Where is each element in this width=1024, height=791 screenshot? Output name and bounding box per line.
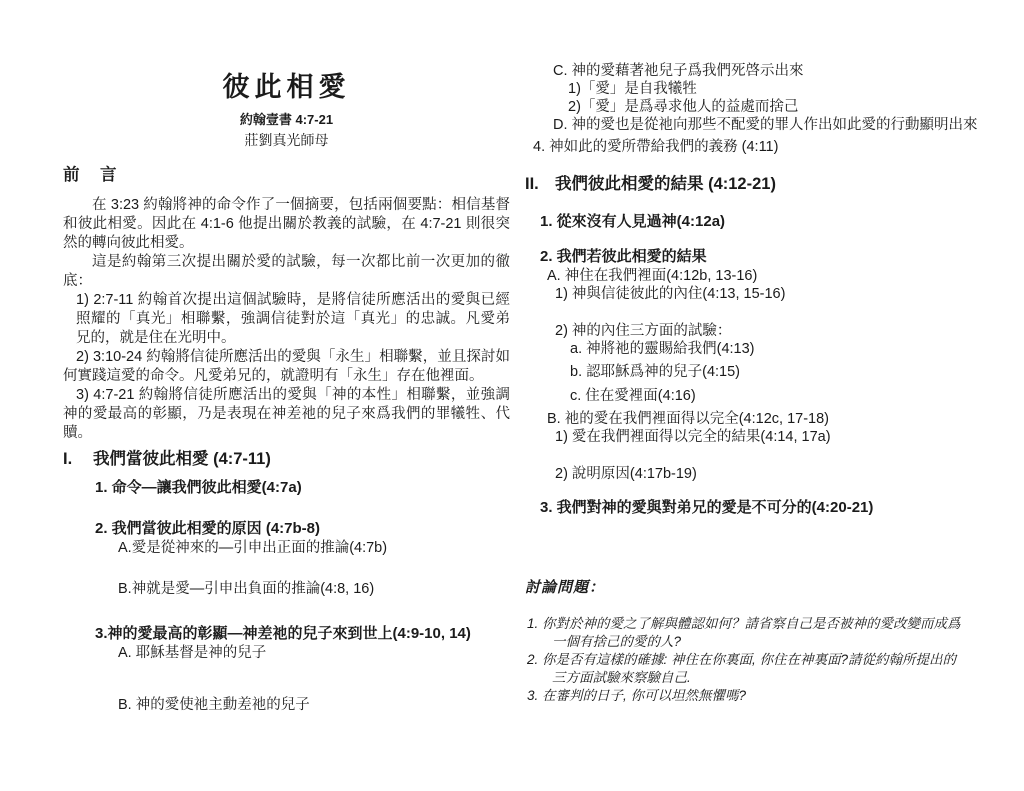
outline-item-2-2: 2. 我們若彼此相愛的結果: [540, 247, 993, 267]
doc-title: 彼此相愛: [63, 72, 510, 104]
outline-item-1-3a: A. 耶穌基督是神的兒子: [118, 644, 510, 663]
outline-item-1-2: 2. 我們當彼此相愛的原因 (4:7b-8): [95, 519, 510, 539]
section-2-number: II.: [525, 173, 555, 195]
discussion-question-3: 3. 在審判的日子, 你可以坦然無懼嗎?: [527, 687, 993, 705]
preface-point-1: 1) 2:7-11 約翰首次提出這個試驗時，是將信徒所應活出的愛與已經照耀的「真…: [76, 291, 510, 348]
outline-item-1-3c2: 2)「愛」是爲尋求他人的益處而捨己: [568, 98, 993, 116]
discussion-heading: 討論問題：: [525, 578, 993, 598]
outline-item-2-2a2b: b. 認耶穌爲神的兒子(4:15): [570, 363, 993, 381]
outline-item-2-2b2: 2) 說明原因(4:17b-19): [555, 465, 993, 483]
outline-item-1-4: 4. 神如此的愛所帶給我們的義務 (4:11): [533, 138, 993, 157]
outline-item-1-2a: A.愛是從神來的—引申出正面的推論(4:7b): [118, 539, 510, 558]
outline-item-2-2a2c: c. 住在愛裡面(4:16): [570, 387, 993, 405]
outline-item-1-3: 3.神的愛最高的彰顯—神差祂的兒子來到世上(4:9-10, 14): [95, 624, 510, 644]
outline-item-1-3c1: 1)「愛」是自我犧牲: [568, 80, 993, 98]
preface-heading: 前 言: [63, 165, 510, 185]
doc-subtitle: 約翰壹書 4:7-21: [63, 111, 510, 128]
document-page: 彼此相愛 約翰壹書 4:7-21 莊劉真光師母 前 言 在 3:23 約翰將神的…: [0, 0, 1024, 791]
preface-point-2: 2) 3:10-24 約翰將信徒所應活出的愛與「永生」相聯繫，並且探討如何實踐這…: [63, 348, 510, 386]
section-2-heading: II.我們彼此相愛的結果 (4:12-21): [525, 173, 993, 195]
doc-author: 莊劉真光師母: [63, 131, 510, 149]
outline-item-2-2a2a: a. 神將祂的靈賜給我們(4:13): [570, 340, 993, 358]
preface-point-3: 3) 4:7-21 約翰將信徒所應活出的愛與「神的本性」相聯繫，並強調神的愛最高…: [63, 386, 510, 443]
outline-item-1-1: 1. 命令—讓我們彼此相愛(4:7a): [95, 478, 510, 498]
section-1-heading: I.我們當彼此相愛 (4:7-11): [63, 448, 510, 470]
outline-item-1-3c: C. 神的愛藉著祂兒子爲我們死啓示出來: [553, 62, 993, 80]
section-1-number: I.: [63, 448, 93, 470]
outline-item-2-2a1: 1) 神與信徒彼此的內住(4:13, 15-16): [555, 285, 993, 303]
question-2-line-2: 三方面試驗來察驗自己.: [527, 670, 691, 685]
outline-item-2-1: 1. 從來沒有人見過神(4:12a): [540, 212, 993, 232]
section-2-title: 我們彼此相愛的結果 (4:12-21): [555, 175, 776, 193]
question-1-line-2: 一個有捨己的愛的人?: [527, 634, 681, 649]
preface-paragraph-1: 在 3:23 約翰將神的命令作了一個摘要，包括兩個要點：相信基督和彼此相愛。因此…: [63, 196, 510, 253]
outline-item-2-2a: A. 神住在我們裡面(4:12b, 13-16): [547, 267, 993, 285]
section-1-title: 我們當彼此相愛 (4:7-11): [93, 450, 271, 468]
question-1-line-1: 1. 你對於神的愛之了解與體認如何？請省察自己是否被神的愛改變而成爲: [527, 616, 961, 631]
outline-item-2-3: 3. 我們對神的愛與對弟兄的愛是不可分的(4:20-21): [540, 498, 993, 518]
outline-item-2-2b1: 1) 愛在我們裡面得以完全的結果(4:14, 17a): [555, 428, 993, 446]
outline-item-2-2a2: 2) 神的內住三方面的試驗：: [555, 322, 993, 340]
right-column: C. 神的愛藉著祂兒子爲我們死啓示出來 1)「愛」是自我犧牲 2)「愛」是爲尋求…: [525, 62, 993, 705]
outline-item-1-3b: B. 神的愛使祂主動差祂的兒子: [118, 696, 510, 715]
question-2-line-1: 2. 你是否有這樣的確據: 神住在你裏面, 你住在神裏面?請從約翰所提出的: [527, 652, 956, 667]
outline-item-2-2b: B. 祂的愛在我們裡面得以完全(4:12c, 17-18): [547, 410, 993, 428]
preface-paragraph-2: 這是約翰第三次提出關於愛的試驗，每一次都比前一次更加的徹底：: [63, 253, 510, 291]
question-3-line-1: 3. 在審判的日子, 你可以坦然無懼嗎?: [527, 688, 746, 703]
discussion-question-1: 1. 你對於神的愛之了解與體認如何？請省察自己是否被神的愛改變而成爲 一個有捨己…: [527, 615, 993, 651]
outline-item-1-2b: B.神就是愛—引申出負面的推論(4:8, 16): [118, 580, 510, 599]
outline-item-1-3d: D. 神的愛也是從祂向那些不配愛的罪人作出如此愛的行動顯明出來: [553, 116, 984, 134]
discussion-question-2: 2. 你是否有這樣的確據: 神住在你裏面, 你住在神裏面?請從約翰所提出的 三方…: [527, 651, 993, 687]
left-column: 彼此相愛 約翰壹書 4:7-21 莊劉真光師母 前 言 在 3:23 約翰將神的…: [63, 72, 510, 715]
